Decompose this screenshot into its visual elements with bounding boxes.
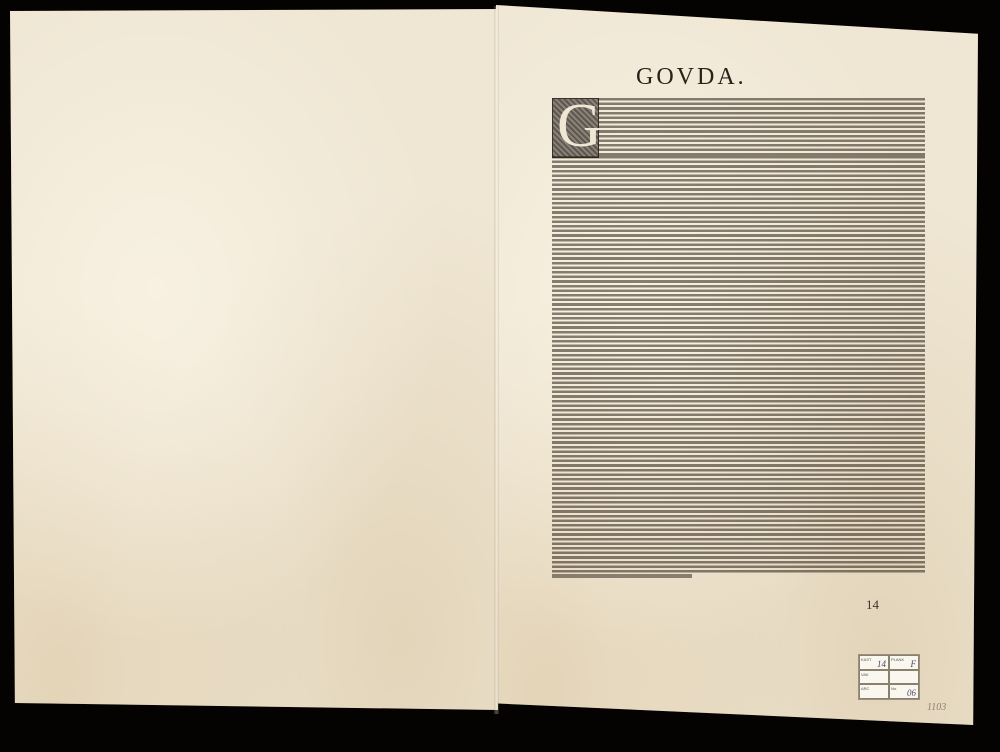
label-cell-empty [889,670,919,685]
center-fold [494,6,499,714]
document-title: GOVDA. [636,64,747,91]
label-cell-plank: PLANKF [889,655,919,670]
label-cell-no: No.06 [889,684,919,699]
page-number: 14 [866,597,879,613]
decorated-initial: G [552,98,599,158]
label-cell-kast: KAST14 [859,655,889,670]
archive-label: KAST14 PLANKF VAK ARC No.06 [858,654,920,700]
body-text-block-top: OVDA, ferra in finibus Hollandiæ ciuitas… [598,98,925,158]
left-page-blank [10,9,498,710]
label-cell-vak: VAK [859,670,889,685]
pencil-annotation: 1103 [927,702,946,713]
label-cell-arc: ARC [859,684,889,699]
body-closing-line: De quorum conditione plura in indice. [552,574,692,578]
body-text-block-main [552,156,925,574]
initial-letter: G [557,95,602,157]
